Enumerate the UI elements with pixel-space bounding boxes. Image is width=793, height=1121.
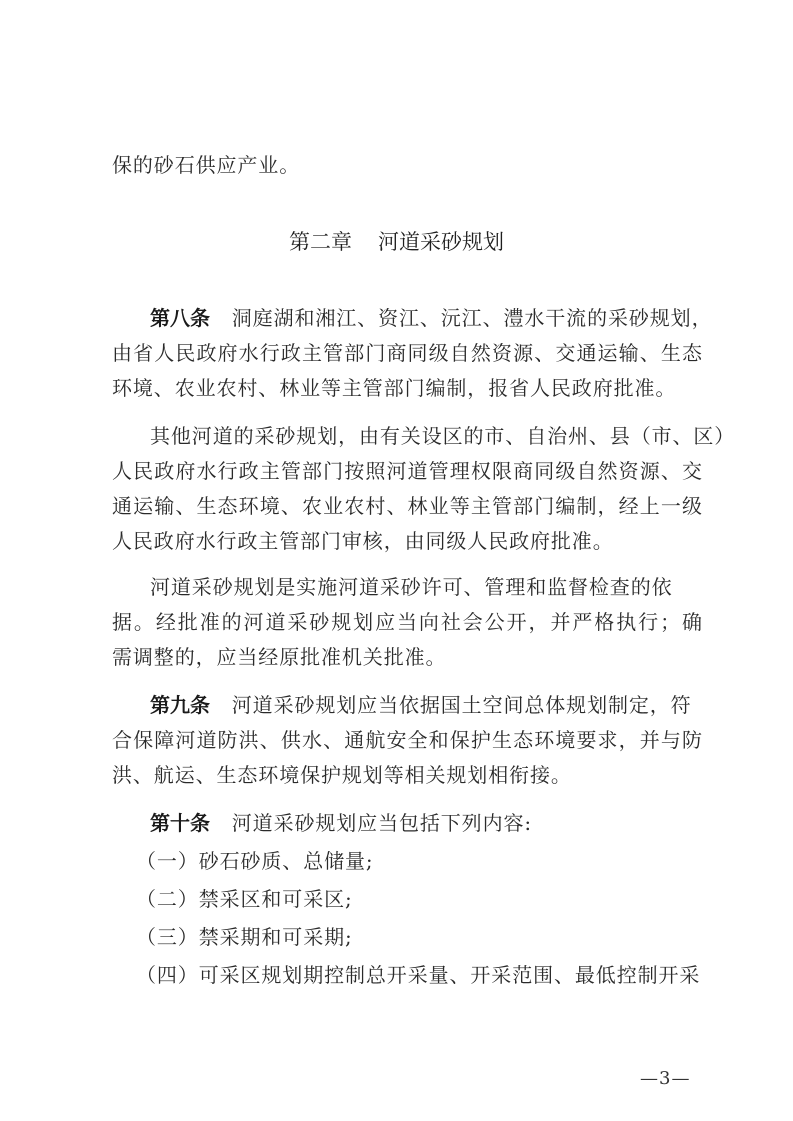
chapter-title: 河道采砂规划	[378, 228, 504, 256]
article-8-line-3: 环境、农业农村、林业等主管部门编制，报省人民政府批准。	[112, 375, 712, 401]
article-text: 洞庭湖和湘江、资江、沅江、澧水干流的采砂规划，	[232, 306, 713, 330]
article-10-label: 第十条	[150, 811, 210, 835]
article-9-line-1: 第九条 河道采砂规划应当依据国土空间总体规划制定，符	[150, 692, 750, 718]
article-8-p3-line-1: 河道采砂规划是实施河道采砂许可、管理和监督检查的依	[150, 574, 750, 600]
chapter-heading: 第二章河道采砂规划	[0, 228, 793, 256]
article-8-line-2: 由省人民政府水行政主管部门商同级自然资源、交通运输、生态	[112, 340, 702, 366]
article-text: 河道采砂规划应当包括下列内容:	[232, 811, 532, 835]
article-8-label: 第八条	[150, 306, 210, 330]
article-8-p2-line-2: 人民政府水行政主管部门按照河道管理权限商同级自然资源、交	[112, 458, 702, 484]
continuation-text: 保的砂石供应产业。	[112, 152, 712, 178]
article-9-line-3: 洪、航运、生态环境保护规划等相关规划相衔接。	[112, 762, 712, 788]
article-8-line-1: 第八条 洞庭湖和湘江、资江、沅江、澧水干流的采砂规划，	[150, 305, 750, 331]
article-10-item-1: （一）砂石砂质、总储量;	[136, 848, 736, 874]
article-text: 河道采砂规划应当依据国土空间总体规划制定，符	[232, 693, 692, 717]
chapter-number: 第二章	[289, 228, 352, 256]
article-8-p3-line-2: 据。经批准的河道采砂规划应当向社会公开，并严格执行；确	[112, 609, 702, 635]
document-page: 保的砂石供应产业。 第二章河道采砂规划 第八条 洞庭湖和湘江、资江、沅江、澧水干…	[0, 0, 793, 1121]
article-9-label: 第九条	[150, 693, 210, 717]
article-10-item-4: （四）可采区规划期控制总开采量、开采范围、最低控制开采	[136, 962, 736, 988]
article-9-line-2: 合保障河道防洪、供水、通航安全和保护生态环境要求，并与防	[112, 727, 702, 753]
article-10-line-1: 第十条 河道采砂规划应当包括下列内容:	[150, 810, 750, 836]
article-10-item-2: （二）禁采区和可采区;	[136, 886, 736, 912]
article-8-p2-line-1: 其他河道的采砂规划，由有关设区的市、自治州、县（市、区）	[150, 423, 750, 449]
article-8-p3-line-3: 需调整的，应当经原批准机关批准。	[112, 644, 712, 670]
page-number: —3—	[640, 1068, 690, 1089]
article-10-item-3: （三）禁采期和可采期;	[136, 924, 736, 950]
article-8-p2-line-4: 人民政府水行政主管部门审核，由同级人民政府批准。	[112, 528, 712, 554]
article-8-p2-line-3: 通运输、生态环境、农业农村、林业等主管部门编制，经上一级	[112, 493, 702, 519]
